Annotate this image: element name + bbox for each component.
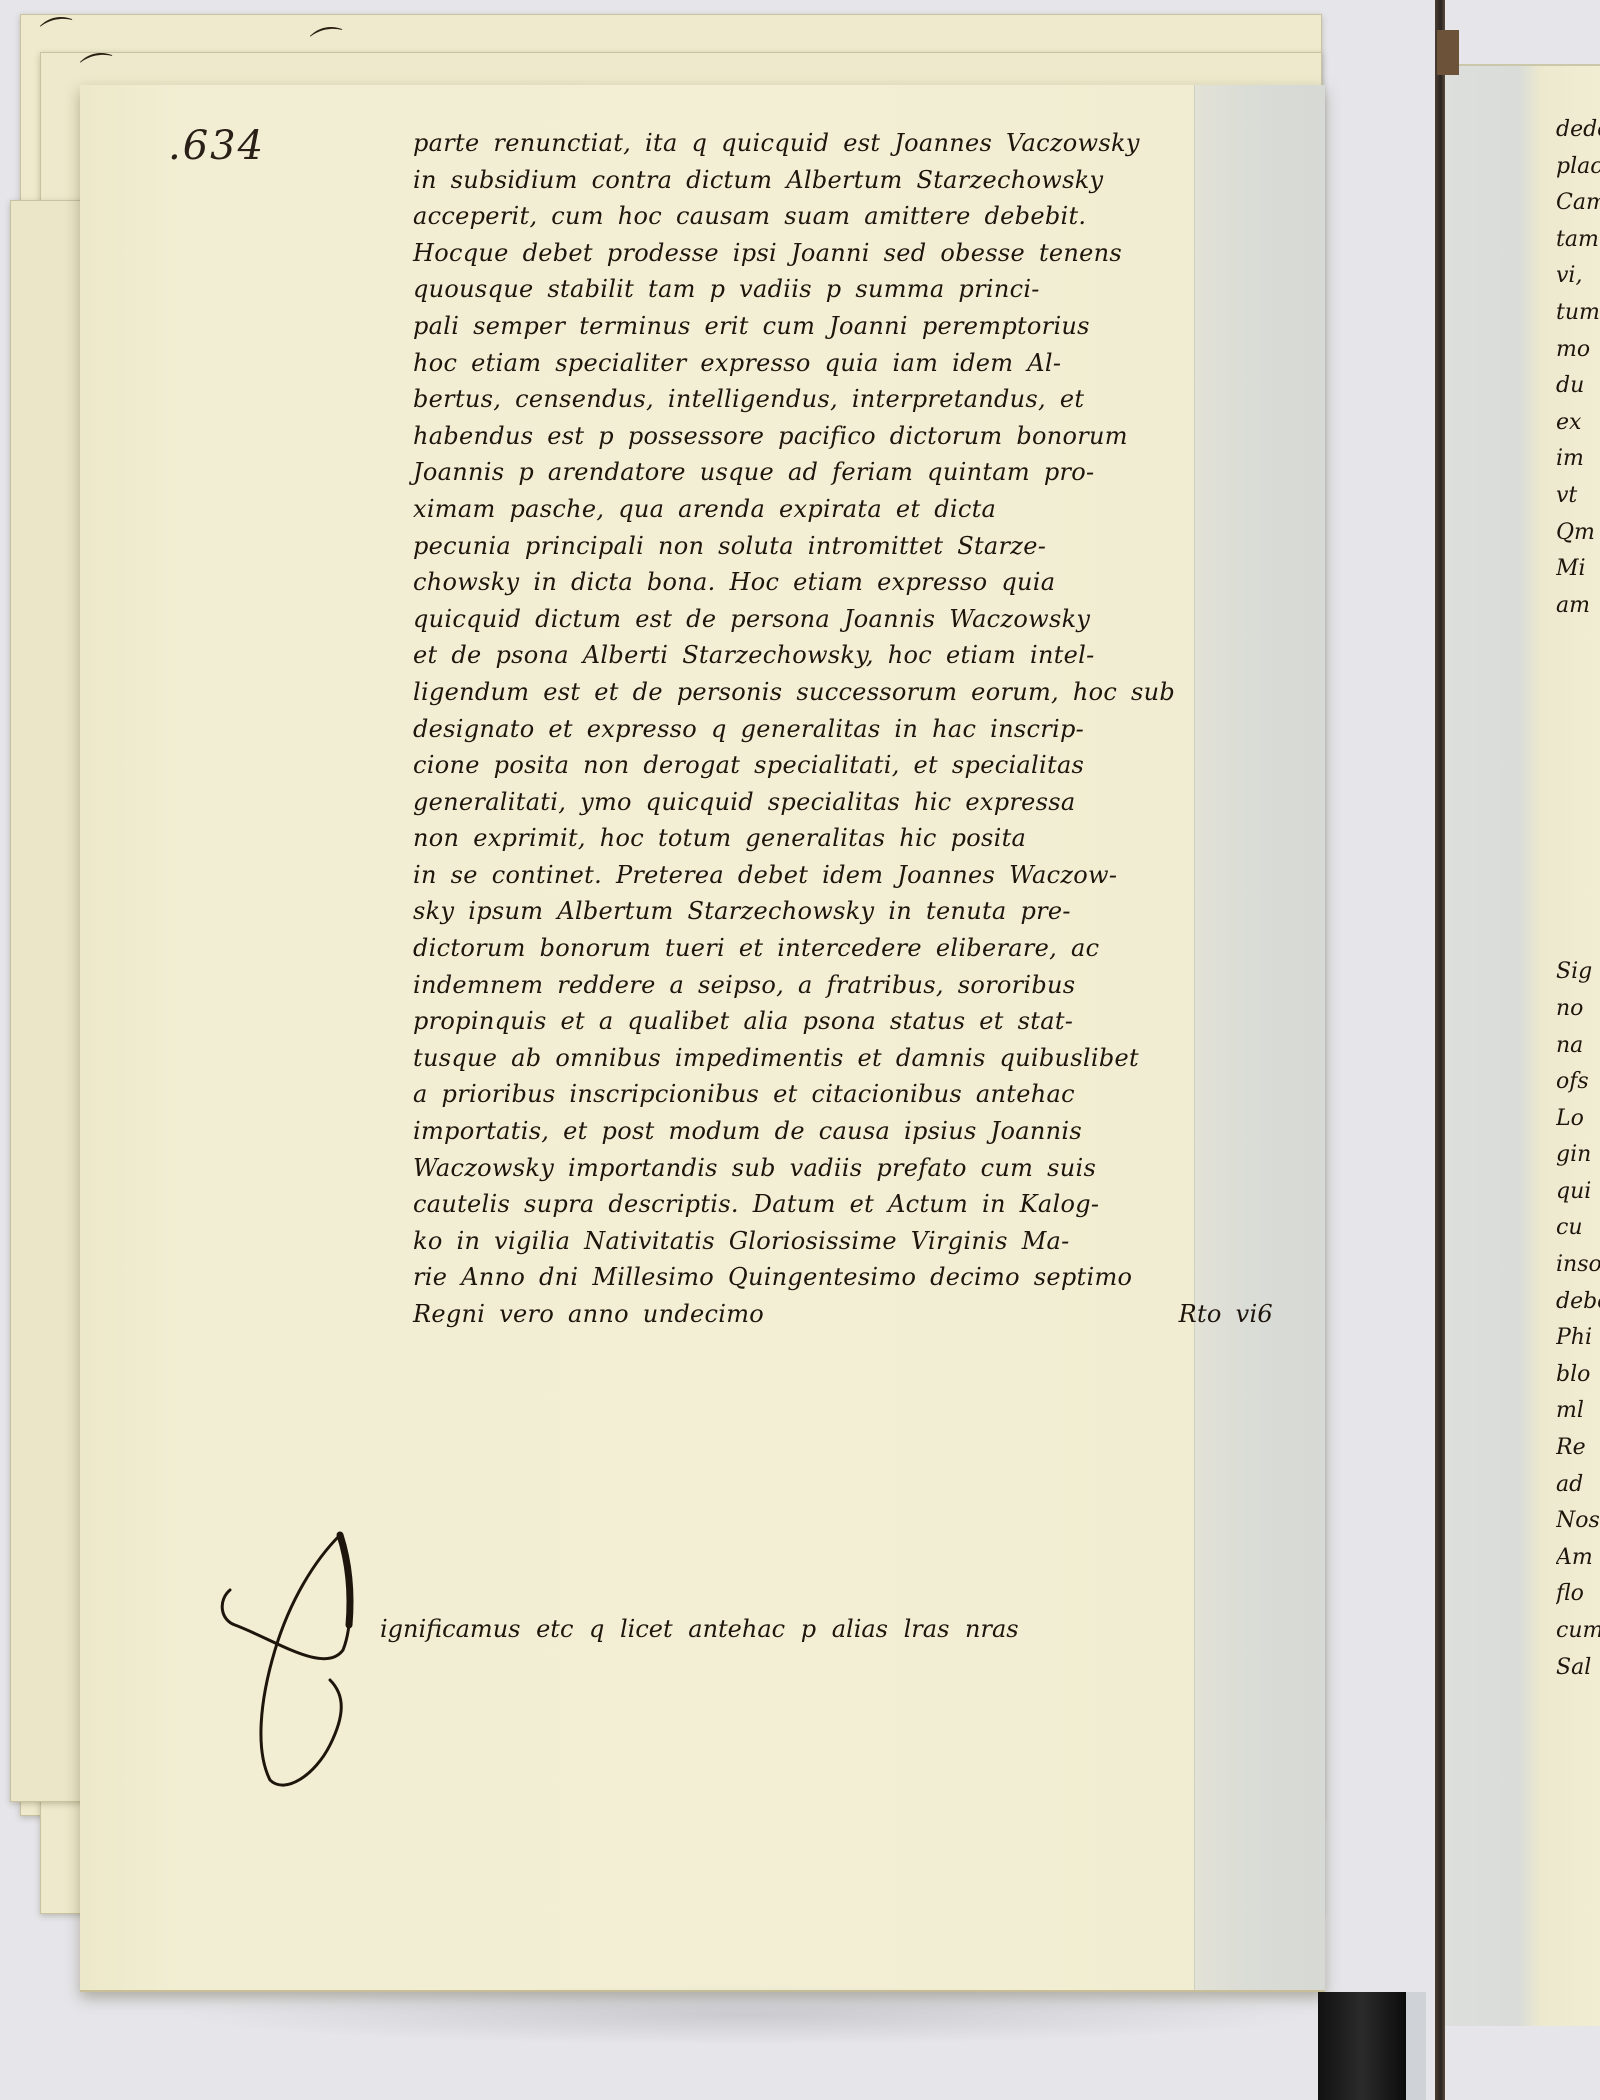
- text-line: cione posita non derogat specialitati, e…: [413, 747, 1293, 784]
- text-line: ligendum est et de personis successorum …: [413, 674, 1293, 711]
- facing-text-fragment: na: [1556, 1028, 1600, 1065]
- text-line: propinquis et a qualibet alia psona stat…: [413, 1003, 1293, 1040]
- text-line: et de psona Alberti Starzechowsky, hoc e…: [413, 637, 1293, 674]
- text-line: generalitati, ymo quicquid specialitas h…: [413, 784, 1293, 821]
- facing-page-text: dede plac Cam tam vi, tum mo du ex im vt…: [1556, 112, 1600, 1686]
- facing-text-fragment: plac: [1556, 149, 1600, 186]
- facing-text-fragment: du: [1556, 368, 1600, 405]
- text-line: quousque stabilit tam p vadiis p summa p…: [413, 271, 1293, 308]
- facing-text-fragment: mo: [1556, 332, 1600, 369]
- facing-text-fragment: am: [1556, 588, 1600, 625]
- text-line: bertus, censendus, intelligendus, interp…: [413, 381, 1293, 418]
- facing-text-fragment: Lo: [1556, 1101, 1600, 1138]
- text-line: non exprimit, hoc totum generalitas hic …: [413, 820, 1293, 857]
- text-line: quicquid dictum est de persona Joannis W…: [413, 601, 1293, 638]
- facing-text-fragment: tam: [1556, 222, 1600, 259]
- text-line: Joannis p arendatore usque ad feriam qui…: [413, 454, 1293, 491]
- facing-page-blank-area: [1556, 624, 1600, 954]
- facing-text-fragment: tum: [1556, 295, 1600, 332]
- facing-text-fragment: Am: [1556, 1540, 1600, 1577]
- facing-text-fragment: inso: [1556, 1247, 1600, 1284]
- text-line: chowsky in dicta bona. Hoc etiam express…: [413, 564, 1293, 601]
- facing-text-fragment: cum: [1556, 1613, 1600, 1650]
- facing-text-fragment: ml: [1556, 1393, 1600, 1430]
- text-line: sky ipsum Albertum Starzechowsky in tenu…: [413, 893, 1293, 930]
- text-line: dictorum bonorum tueri et intercedere el…: [413, 930, 1293, 967]
- text-line: in subsidium contra dictum Albertum Star…: [413, 162, 1293, 199]
- facing-text-fragment: flo: [1556, 1576, 1600, 1613]
- facing-text-fragment: qui: [1556, 1174, 1600, 1211]
- text-line: pecunia principali non soluta intromitte…: [413, 528, 1293, 565]
- facing-text-fragment: vi,: [1556, 258, 1600, 295]
- page-shadow: [170, 1985, 1320, 2045]
- folio-number: .634: [168, 123, 265, 169]
- text-line: hoc etiam specialiter expresso quia iam …: [413, 345, 1293, 382]
- text-line-final: Regni vero anno undecimo Rto vi6: [413, 1296, 1273, 1333]
- text-line: rie Anno dni Millesimo Quingentesimo dec…: [413, 1259, 1293, 1296]
- second-entry-text: ignificamus etc q licet antehac p alias …: [380, 1615, 1019, 1643]
- text-line: Waczowsky importandis sub vadiis prefato…: [413, 1150, 1293, 1187]
- binding-spine-edge: [1437, 30, 1459, 75]
- facing-text-fragment: gin: [1556, 1137, 1600, 1174]
- text-line: designato et expresso q generalitas in h…: [413, 711, 1293, 748]
- book-cradle-support: [1318, 1992, 1406, 2100]
- text-line: tusque ab omnibus impedimentis et damnis…: [413, 1040, 1293, 1077]
- facing-text-fragment: Sig: [1556, 954, 1600, 991]
- text-line: Regni vero anno undecimo: [413, 1296, 764, 1333]
- manuscript-page: .634 parte renunctiat, ita q quicquid es…: [80, 85, 1325, 1992]
- text-line: a prioribus inscripcionibus et citacioni…: [413, 1076, 1293, 1113]
- decorative-initial-icon: [215, 1530, 375, 1790]
- facing-text-fragment: Qm: [1556, 515, 1600, 552]
- book-cradle-edge: [1406, 1992, 1426, 2100]
- facing-text-fragment: Sal: [1556, 1650, 1600, 1687]
- text-line: ko in vigilia Nativitatis Gloriosissime …: [413, 1223, 1293, 1260]
- facing-text-fragment: Cam: [1556, 185, 1600, 222]
- text-line: parte renunctiat, ita q quicquid est Joa…: [413, 125, 1293, 162]
- text-line: cautelis supra descriptis. Datum et Actu…: [413, 1186, 1293, 1223]
- facing-text-fragment: cu: [1556, 1210, 1600, 1247]
- text-line: in se continet. Preterea debet idem Joan…: [413, 857, 1293, 894]
- facing-text-fragment: ofs: [1556, 1064, 1600, 1101]
- text-line: Hocque debet prodesse ipsi Joanni sed ob…: [413, 235, 1293, 272]
- text-line: pali semper terminus erit cum Joanni per…: [413, 308, 1293, 345]
- text-line: acceperit, cum hoc causam suam amittere …: [413, 198, 1293, 235]
- facing-text-fragment: dede: [1556, 112, 1600, 149]
- facing-text-fragment: Re: [1556, 1430, 1600, 1467]
- closing-notation: Rto vi6: [1179, 1296, 1273, 1333]
- flourished-initial-s-icon: [215, 1530, 375, 1790]
- facing-text-fragment: Mi: [1556, 551, 1600, 588]
- facing-text-fragment: debe: [1556, 1284, 1600, 1321]
- facing-text-fragment: Nos: [1556, 1503, 1600, 1540]
- ink-flourish-mark: ⌒: [36, 4, 79, 59]
- facing-text-fragment: vt: [1556, 478, 1600, 515]
- book-gutter: [1435, 0, 1445, 2100]
- facing-text-fragment: ex: [1556, 405, 1600, 442]
- facing-text-fragment: ad: [1556, 1467, 1600, 1504]
- text-line: ximam pasche, qua arenda expirata et dic…: [413, 491, 1293, 528]
- main-entry-text: parte renunctiat, ita q quicquid est Joa…: [413, 125, 1293, 1333]
- text-line: habendus est p possessore pacifico dicto…: [413, 418, 1293, 455]
- facing-text-fragment: blo: [1556, 1357, 1600, 1394]
- text-line: indemnem reddere a seipso, a fratribus, …: [413, 967, 1293, 1004]
- text-line: importatis, et post modum de causa ipsiu…: [413, 1113, 1293, 1150]
- facing-text-fragment: im: [1556, 441, 1600, 478]
- facing-text-fragment: no: [1556, 991, 1600, 1028]
- facing-text-fragment: Phi: [1556, 1320, 1600, 1357]
